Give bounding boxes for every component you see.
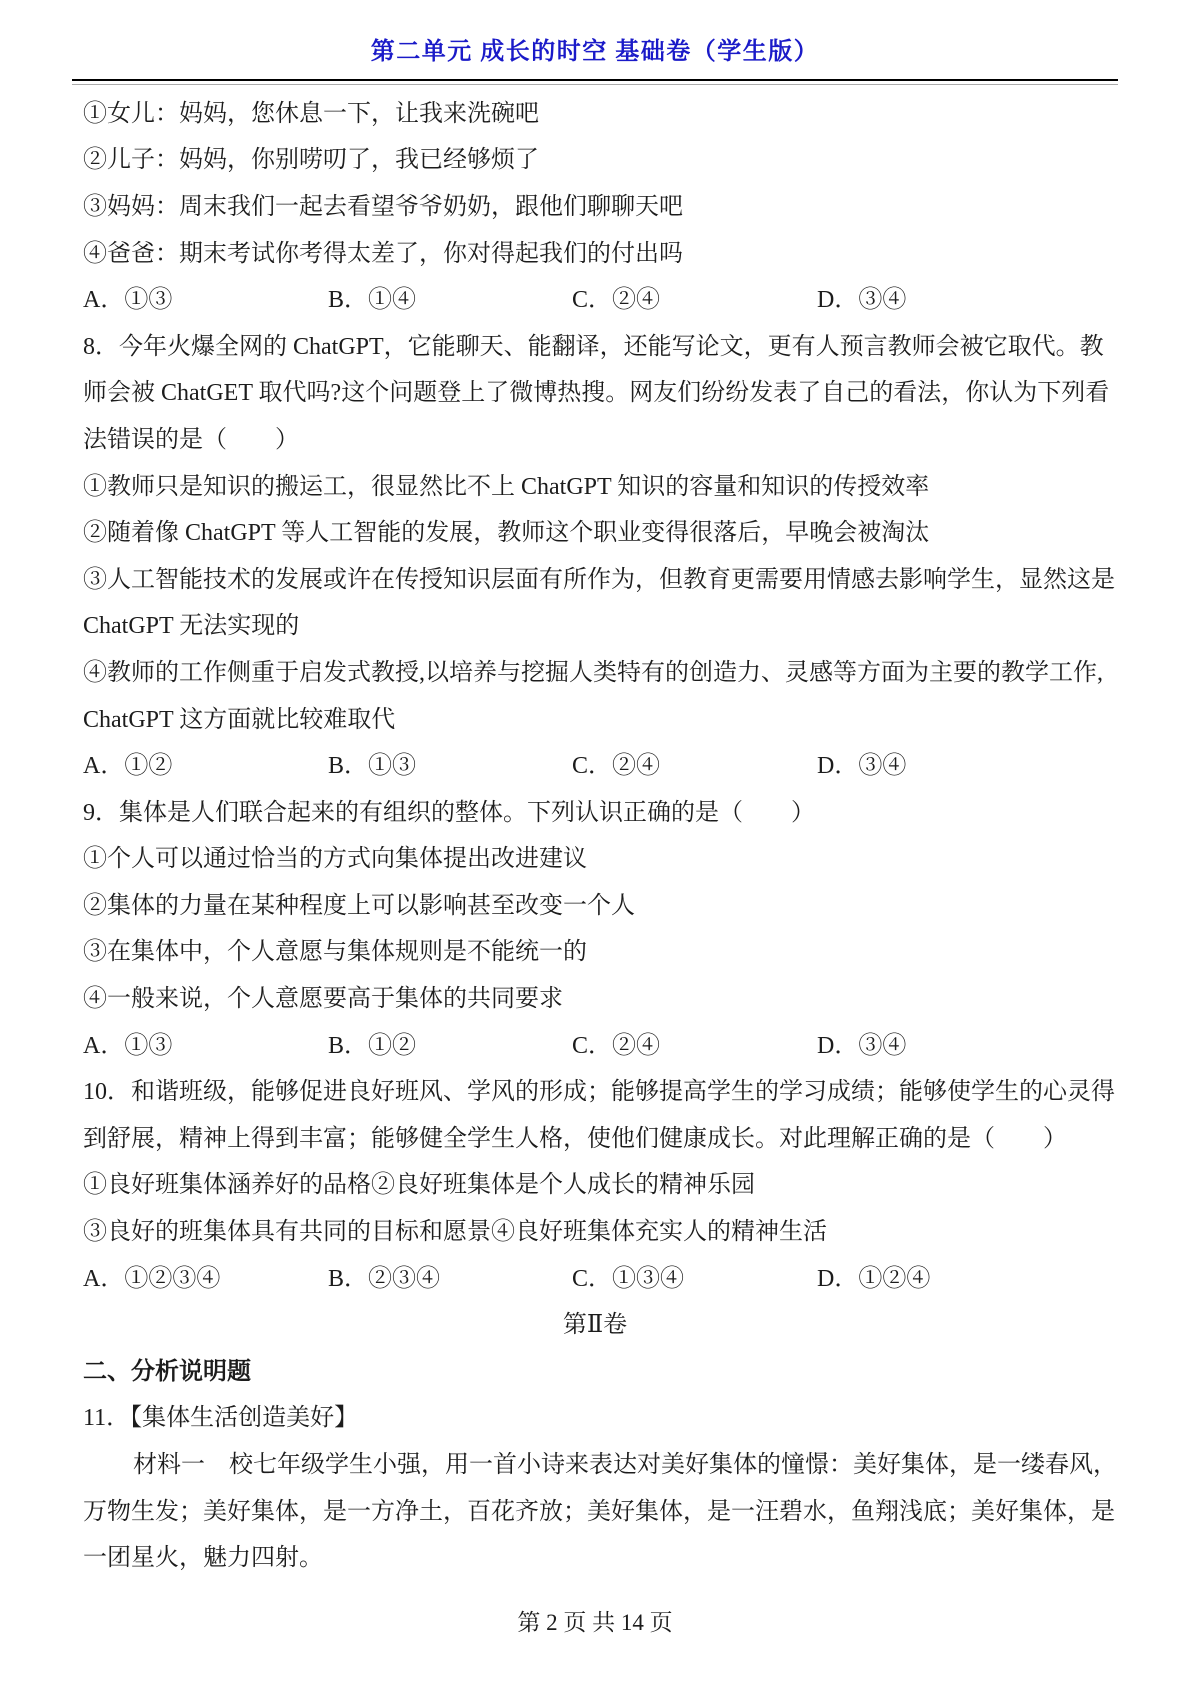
q9-stem: 9．集体是人们联合起来的有组织的整体。下列认识正确的是（ ） xyxy=(83,786,1107,833)
q8-option-c: C．②④ xyxy=(572,745,817,780)
q7-statement-1: ①女儿：妈妈，您休息一下，让我来洗碗吧 xyxy=(83,87,1107,134)
q7-option-c: C．②④ xyxy=(572,279,817,314)
q11-heading: 11．【集体生活创造美好】 xyxy=(83,1392,1107,1439)
q7-option-d: D．③④ xyxy=(817,279,1107,314)
q7-statement-4: ④爸爸：期末考试你考得太差了，你对得起我们的付出吗 xyxy=(83,227,1107,274)
q7-statement-3: ③妈妈：周末我们一起去看望爷爷奶奶，跟他们聊聊天吧 xyxy=(83,180,1107,227)
q9-statement-3: ③在集体中，个人意愿与集体规则是不能统一的 xyxy=(83,926,1107,973)
q10-statements-12: ①良好班集体涵养好的品格②良好班集体是个人成长的精神乐园 xyxy=(83,1159,1107,1206)
q9-option-a: A．①③ xyxy=(83,1025,328,1060)
q8-statement-4b: ChatGPT 这方面就比较难取代 xyxy=(83,693,1107,740)
q8-option-a: A．①② xyxy=(83,745,328,780)
q10-option-b: B．②③④ xyxy=(328,1258,572,1293)
q8-statement-1: ①教师只是知识的搬运工，很显然比不上 ChatGPT 知识的容量和知识的传授效率 xyxy=(83,460,1107,507)
q7-statement-2: ②儿子：妈妈，你别唠叨了，我已经够烦了 xyxy=(83,134,1107,181)
q9-option-b: B．①② xyxy=(328,1025,572,1060)
q10-stem-line-2: 到舒展，精神上得到丰富；能够健全学生人格，使他们健康成长。对此理解正确的是（ ） xyxy=(83,1112,1107,1159)
q8-option-b: B．①③ xyxy=(328,745,572,780)
q7-options-row: A．①③ B．①④ C．②④ D．③④ xyxy=(83,273,1107,320)
q7-option-a: A．①③ xyxy=(83,279,328,314)
q9-option-c: C．②④ xyxy=(572,1025,817,1060)
q8-statement-4a: ④教师的工作侧重于启发式教授,以培养与挖掘人类特有的创造力、灵感等方面为主要的教… xyxy=(83,646,1107,693)
q8-options-row: A．①② B．①③ C．②④ D．③④ xyxy=(83,739,1107,786)
document-body: ①女儿：妈妈，您休息一下，让我来洗碗吧 ②儿子：妈妈，你别唠叨了，我已经够烦了 … xyxy=(83,87,1107,1578)
page-title: 第二单元 成长的时空 基础卷（学生版） xyxy=(0,31,1190,66)
q8-stem-line-1: 8．今年火爆全网的 ChatGPT，它能聊天、能翻译，还能写论文，更有人预言教师… xyxy=(83,320,1107,367)
q8-stem-line-3: 法错误的是（ ） xyxy=(83,413,1107,460)
q7-option-b: B．①④ xyxy=(328,279,572,314)
q8-option-d: D．③④ xyxy=(817,745,1107,780)
q11-material-line-1: 材料一 校七年级学生小强，用一首小诗来表达对美好集体的憧憬：美好集体，是一缕春风… xyxy=(83,1438,1107,1485)
q10-stem-line-1: 10．和谐班级，能够促进良好班风、学风的形成；能够提高学生的学习成绩；能够使学生… xyxy=(83,1065,1107,1112)
q8-statement-2: ②随着像 ChatGPT 等人工智能的发展，教师这个职业变得很落后，早晚会被淘汰 xyxy=(83,506,1107,553)
q9-options-row: A．①③ B．①② C．②④ D．③④ xyxy=(83,1019,1107,1066)
header-divider xyxy=(72,79,1118,85)
q8-stem-line-2: 师会被 ChatGET 取代吗?这个问题登上了微博热搜。网友们纷纷发表了自己的看… xyxy=(83,367,1107,414)
q9-option-d: D．③④ xyxy=(817,1025,1107,1060)
q11-material-line-3: 一团星火，魅力四射。 xyxy=(83,1531,1107,1578)
q8-statement-3b: ChatGPT 无法实现的 xyxy=(83,600,1107,647)
exam-document-page: 第二单元 成长的时空 基础卷（学生版） ①女儿：妈妈，您休息一下，让我来洗碗吧 … xyxy=(0,0,1190,1682)
q8-statement-3a: ③人工智能技术的发展或许在传授知识层面有所作为，但教育更需要用情感去影响学生，显… xyxy=(83,553,1107,600)
q9-statement-1: ①个人可以通过恰当的方式向集体提出改进建议 xyxy=(83,833,1107,880)
q10-option-d: D．①②④ xyxy=(817,1258,1107,1293)
page-number-footer: 第 2 页 共 14 页 xyxy=(0,1604,1190,1637)
q11-material-line-2: 万物生发；美好集体，是一方净土，百花齐放；美好集体，是一汪碧水，鱼翔浅底；美好集… xyxy=(83,1485,1107,1532)
q10-option-a: A．①②③④ xyxy=(83,1258,328,1293)
volume-2-title: 第Ⅱ卷 xyxy=(83,1298,1107,1345)
q9-statement-2: ②集体的力量在某种程度上可以影响甚至改变一个人 xyxy=(83,879,1107,926)
q10-option-c: C．①③④ xyxy=(572,1258,817,1293)
section-2-heading: 二、分析说明题 xyxy=(83,1345,1107,1392)
q9-statement-4: ④一般来说，个人意愿要高于集体的共同要求 xyxy=(83,972,1107,1019)
q10-statements-34: ③良好的班集体具有共同的目标和愿景④良好班集体充实人的精神生活 xyxy=(83,1205,1107,1252)
q10-options-row: A．①②③④ B．②③④ C．①③④ D．①②④ xyxy=(83,1252,1107,1299)
